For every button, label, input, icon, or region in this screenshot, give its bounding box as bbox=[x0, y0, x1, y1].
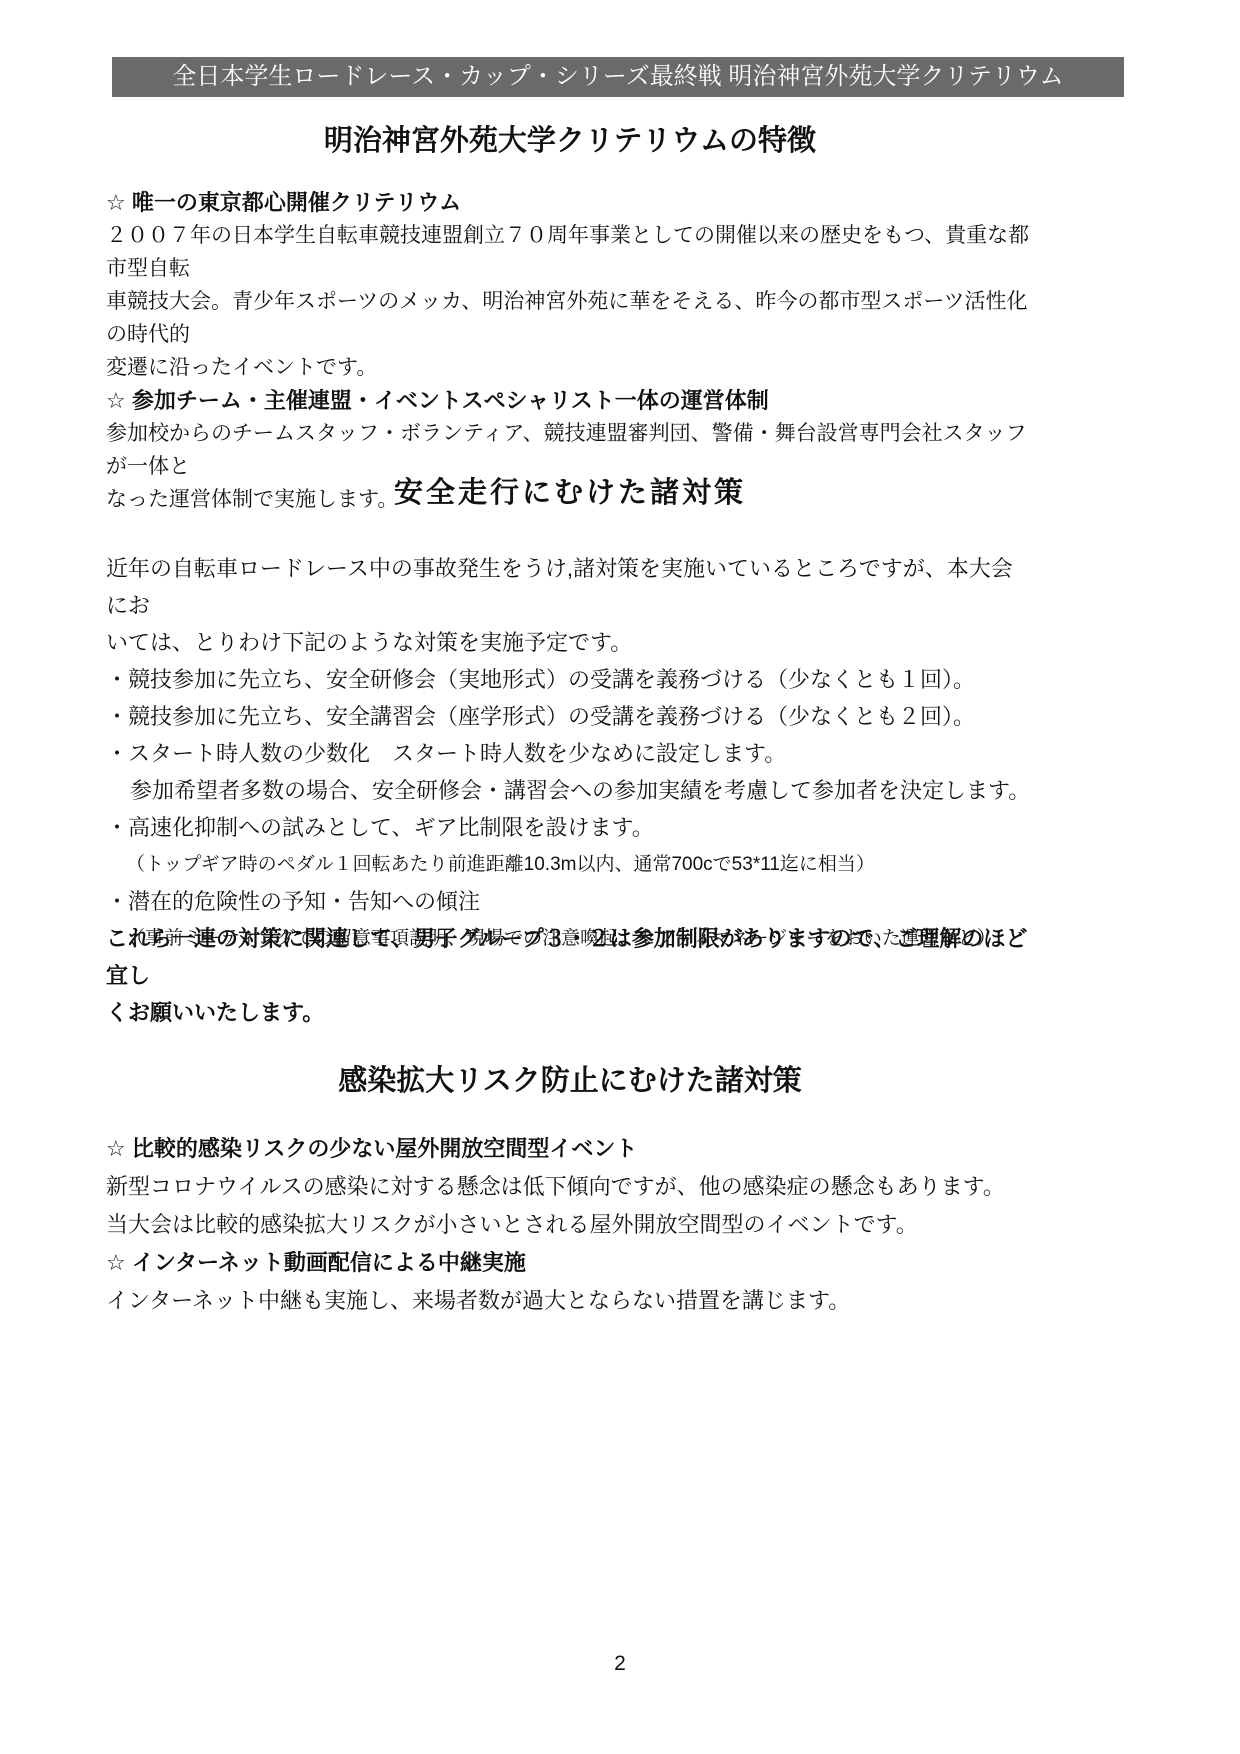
features-section: ☆ 唯一の東京都心開催クリテリウム ２００７年の日本学生自転車競技連盟創立７０周… bbox=[106, 186, 1034, 516]
safety-bullet: ・高速化抑制への試みとして、ギア比制限を設けます。 bbox=[106, 809, 1034, 846]
infection-paragraph-line: 新型コロナウイルスの感染に対する懸念は低下傾向ですが、他の感染症の懸念もあります… bbox=[106, 1168, 1034, 1206]
page-title: 明治神宮外苑大学クリテリウムの特徴 bbox=[106, 118, 1034, 159]
feature-heading-2: ☆ 参加チーム・主催連盟・イベントスペシャリスト一体の運営体制 bbox=[106, 384, 1034, 417]
infection-section: ☆ 比較的感染リスクの少ない屋外開放空間型イベント 新型コロナウイルスの感染に対… bbox=[106, 1130, 1034, 1320]
safety-bullet-note: （トップギア時のペダル１回転あたり前進距離10.3m以内、通常700cで53*1… bbox=[106, 846, 1034, 883]
infection-heading-2: ☆ インターネット動画配信による中継実施 bbox=[106, 1244, 1034, 1282]
safety-bullet: ・競技参加に先立ち、安全研修会（実地形式）の受講を義務づける（少なくとも１回）。 bbox=[106, 661, 1034, 698]
page-number: 2 bbox=[0, 1652, 1240, 1676]
infection-heading-1: ☆ 比較的感染リスクの少ない屋外開放空間型イベント bbox=[106, 1130, 1034, 1168]
safety-bullet: ・スタート時人数の少数化 スタート時人数を少なめに設定します。 bbox=[106, 735, 1034, 772]
header-banner: 全日本学生ロードレース・カップ・シリーズ最終戦 明治神宮外苑大学クリテリウム bbox=[112, 57, 1124, 97]
participation-restriction-notice: これら一連の対策に関連して、男子グループ３・２は参加制限がありますので、ご理解の… bbox=[106, 920, 1034, 1031]
safety-intro-line: いては、とりわけ下記のような対策を実施予定です。 bbox=[106, 624, 1034, 661]
infection-paragraph-line: インターネット中継も実施し、来場者数が過大とならない措置を講じます。 bbox=[106, 1282, 1034, 1320]
feature-paragraph-line: 変遷に沿ったイベントです。 bbox=[106, 351, 1034, 384]
safety-bullet: ・潜在的危険性の予知・告知への傾注 bbox=[106, 883, 1034, 920]
safety-intro-line: 近年の自転車ロードレース中の事故発生をうけ,諸対策を実施いているところですが、本… bbox=[106, 550, 1034, 624]
feature-heading-1: ☆ 唯一の東京都心開催クリテリウム bbox=[106, 186, 1034, 219]
safety-section-title: 安全走行にむけた諸対策 bbox=[106, 470, 1034, 511]
safety-section: 近年の自転車ロードレース中の事故発生をうけ,諸対策を実施いているところですが、本… bbox=[106, 550, 1034, 957]
feature-paragraph-line: ２００７年の日本学生自転車競技連盟創立７０周年事業としての開催以来の歴史をもつ、… bbox=[106, 219, 1034, 285]
feature-paragraph-line: 車競技大会。青少年スポーツのメッカ、明治神宮外苑に華をそえる、昨今の都市型スポー… bbox=[106, 285, 1034, 351]
document-page: 全日本学生ロードレース・カップ・シリーズ最終戦 明治神宮外苑大学クリテリウム 明… bbox=[0, 0, 1240, 1754]
notice-line: これら一連の対策に関連して、男子グループ３・２は参加制限がありますので、ご理解の… bbox=[106, 920, 1034, 994]
infection-paragraph-line: 当大会は比較的感染拡大リスクが小さいとされる屋外開放空間型のイベントです。 bbox=[106, 1206, 1034, 1244]
infection-section-title: 感染拡大リスク防止にむけた諸対策 bbox=[106, 1058, 1034, 1099]
notice-line: くお願いいたします。 bbox=[106, 994, 1034, 1031]
safety-bullet-sub: 参加希望者多数の場合、安全研修会・講習会への参加実績を考慮して参加者を決定します… bbox=[106, 772, 1034, 809]
safety-bullet: ・競技参加に先立ち、安全講習会（座学形式）の受講を義務づける（少なくとも２回）。 bbox=[106, 698, 1034, 735]
